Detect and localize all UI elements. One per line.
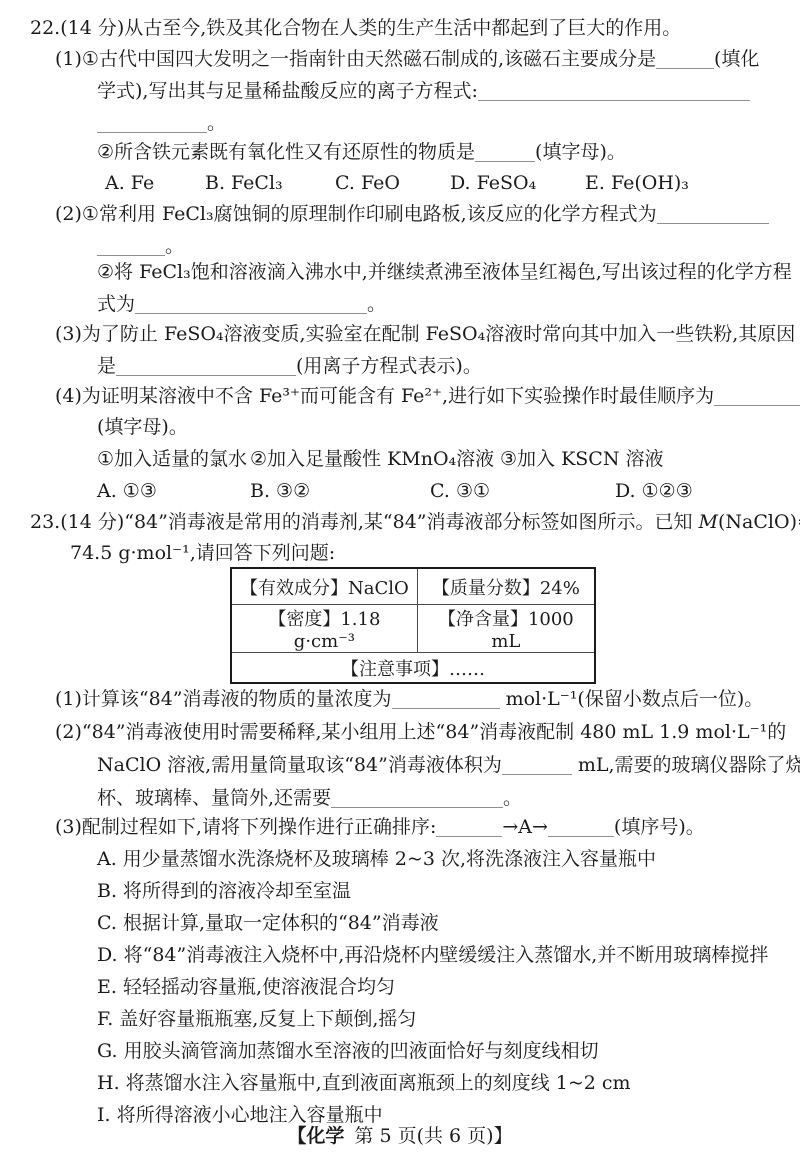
q23-stem-cont-text: 74.5 g·mol⁻¹,请回答下列问题: (70, 542, 335, 564)
step-text: G. 用胶头滴管滴加蒸馏水至溶液的凹液面恰好与刻度线相切 (97, 1040, 599, 1062)
cell-notes: 【注意事项】…… (231, 653, 595, 684)
step-1: ①加入适量的氯水 (97, 447, 247, 471)
molar-mass-symbol: M (699, 511, 718, 533)
period: 。 (503, 787, 522, 809)
answer-blank (656, 49, 714, 69)
option-d: D. FeSO₄ (450, 171, 536, 195)
q22-part2-item1: (2)①常利用 FeCl₃腐蚀铜的原理制作印刷电路板,该反应的化学方程式为 (55, 202, 769, 226)
q22-part3-cont: 是(用离子方程式表示)。 (97, 354, 482, 378)
answer-blank (97, 113, 207, 133)
step-2: ②加入足量酸性 KMnO₄溶液 (250, 447, 494, 471)
answer-blank (475, 142, 535, 162)
q22-part2-item2: ②将 FeCl₃饱和溶液滴入沸水中,并继续煮沸至液体呈红褐色,写出该过程的化学方… (97, 260, 792, 284)
answer-blank (135, 294, 367, 314)
step-text: H. 将蒸馏水注入容量瓶中,直到液面离瓶颈上的刻度线 1~2 cm (97, 1072, 631, 1094)
step-text: A. 用少量蒸馏水洗涤烧杯及玻璃棒 2~3 次,将洗涤液注入容量瓶中 (97, 848, 656, 870)
q23-step-e: E. 轻轻摇动容量瓶,使溶液混合均匀 (97, 975, 395, 999)
answer-blank (657, 204, 769, 224)
q22-stem: 22.(14 分)从古至今,铁及其化合物在人类的生产生活中都起到了巨大的作用。 (30, 16, 681, 40)
answer-blank (392, 689, 500, 709)
step-text: F. 盖好容量瓶瓶塞,反复上下颠倒,摇匀 (97, 1008, 416, 1030)
period: 。 (207, 112, 226, 134)
exam-paper-page: 22.(14 分)从古至今,铁及其化合物在人类的生产生活中都起到了巨大的作用。 … (0, 0, 800, 1155)
q23-part2-cont2-text: 杯、玻璃棒、量筒外,还需要 (97, 787, 331, 809)
cell-mass-fraction: 【质量分数】24% (417, 568, 595, 605)
step-text: C. 根据计算,量取一定体积的“84”消毒液 (97, 912, 439, 934)
q22-part1-item1-tail: (填化 (714, 48, 759, 70)
q22-part3-text: (3)为了防止 FeSO₄溶液变质,实验室在配制 FeSO₄溶液时常向其中加入一… (55, 323, 795, 345)
footer-subject: 【化学 (287, 1125, 344, 1147)
q23-stem-text: 23.(14 分)“84”消毒液是常用的消毒剂,某“84”消毒液部分标签如图所示… (30, 511, 699, 533)
option-e: E. Fe(OH)₃ (585, 171, 689, 195)
option-c: C. FeO (335, 171, 400, 195)
q23-step-c: C. 根据计算,量取一定体积的“84”消毒液 (97, 911, 439, 935)
cell-active-ingredient: 【有效成分】NaClO (231, 568, 417, 605)
option-b: B. ③② (250, 479, 310, 503)
answer-blank (436, 817, 502, 837)
q22-part2-item1-blankline: 。 (97, 234, 184, 258)
q23-part3: (3)配制过程如下,请将下列操作进行正确排序:→A→(填序号)。 (55, 815, 705, 839)
q23-part2-cont2: 杯、玻璃棒、量筒外,还需要。 (97, 786, 522, 810)
q22-part4-cont-text: (填字母)。 (97, 416, 188, 438)
q22-part4-text: (4)为证明某溶液中不含 Fe³⁺而可能含有 Fe²⁺,进行如下实验操作时最佳顺… (55, 385, 714, 407)
cell-density: 【密度】1.18 g·cm⁻³ (231, 605, 417, 653)
q23-stem: 23.(14 分)“84”消毒液是常用的消毒剂,某“84”消毒液部分标签如图所示… (30, 510, 800, 534)
period: 。 (165, 235, 184, 257)
q22-part2-item2-cont-text: 式为 (97, 293, 135, 315)
q22-part1-item2-text: ②所含铁元素既有氧化性又有还原性的物质是 (97, 141, 475, 163)
option-b: B. FeCl₃ (205, 171, 283, 195)
cell-net-content: 【净含量】1000 mL (417, 605, 595, 653)
q22-part1-item2-tail: (填字母)。 (535, 141, 626, 163)
q23-stem-cont: 74.5 g·mol⁻¹,请回答下列问题: (70, 541, 335, 565)
page-footer: 【化学第 5 页(共 6 页)】 (0, 1124, 800, 1148)
q23-stem-tail: (NaClO)= (718, 511, 800, 533)
q22-part3-cont-text: 是 (97, 355, 116, 377)
q23-step-h: H. 将蒸馏水注入容量瓶中,直到液面离瓶颈上的刻度线 1~2 cm (97, 1071, 631, 1095)
q23-part3-text: (3)配制过程如下,请将下列操作进行正确排序: (55, 816, 436, 838)
option-d: D. ①②③ (615, 479, 693, 503)
answer-blank (548, 817, 614, 837)
q23-part2: (2)“84”消毒液使用时需要稀释,某小组用上述“84”消毒液配制 480 mL… (55, 720, 786, 744)
sequence-arrow: →A→ (502, 816, 548, 838)
q22-part2-item1-text: (2)①常利用 FeCl₃腐蚀铜的原理制作印刷电路板,该反应的化学方程式为 (55, 203, 657, 225)
q22-part3-cont-tail: (用离子方程式表示)。 (296, 355, 482, 377)
q22-part1-item1-text: (1)①古代中国四大发明之一指南针由天然磁石制成的,该磁石主要成分是 (55, 48, 656, 70)
q22-stem-text: 22.(14 分)从古至今,铁及其化合物在人类的生产生活中都起到了巨大的作用。 (30, 17, 681, 39)
step-text: D. 将“84”消毒液注入烧杯中,再沿烧杯内壁缓缓注入蒸馏水,并不断用玻璃棒搅拌 (97, 944, 768, 966)
answer-blank (502, 755, 572, 775)
q22-part1-item2: ②所含铁元素既有氧化性又有还原性的物质是(填字母)。 (97, 140, 626, 164)
step-text: B. 将所得到的溶液冷却至室温 (97, 880, 351, 902)
q22-part2-item2-cont: 式为。 (97, 292, 386, 316)
answer-blank (714, 386, 800, 406)
period: 。 (367, 293, 386, 315)
answer-blank (331, 788, 503, 808)
answer-blank (97, 236, 165, 256)
q23-part1-text: (1)计算该“84”消毒液的物质的量浓度为 (55, 688, 392, 710)
q22-part4: (4)为证明某溶液中不含 Fe³⁺而可能含有 Fe²⁺,进行如下实验操作时最佳顺… (55, 384, 800, 408)
footer-page-number: 第 5 页(共 6 页)】 (354, 1125, 512, 1147)
q23-part2-cont1-tail: mL,需要的玻璃仪器除了烧 (572, 754, 800, 776)
option-a: A. Fe (105, 171, 154, 195)
q22-part1-item1-blankline: 。 (97, 111, 226, 135)
table-row: 【注意事项】…… (231, 653, 595, 684)
step-text: I. 将所得溶液小心地注入容量瓶中 (97, 1104, 383, 1126)
q23-step-f: F. 盖好容量瓶瓶塞,反复上下颠倒,摇匀 (97, 1007, 416, 1031)
q23-step-b: B. 将所得到的溶液冷却至室温 (97, 879, 351, 903)
q22-part4-cont: (填字母)。 (97, 415, 188, 439)
table-row: 【密度】1.18 g·cm⁻³ 【净含量】1000 mL (231, 605, 595, 653)
q22-part1-item1-cont: 学式),写出其与足量稀盐酸反应的离子方程式: (97, 79, 750, 103)
option-a: A. ①③ (97, 479, 157, 503)
q22-part1-item1: (1)①古代中国四大发明之一指南针由天然磁石制成的,该磁石主要成分是(填化 (55, 47, 759, 71)
q23-part2-text: (2)“84”消毒液使用时需要稀释,某小组用上述“84”消毒液配制 480 mL… (55, 721, 786, 743)
answer-blank (116, 356, 296, 376)
disinfectant-label-table: 【有效成分】NaClO 【质量分数】24% 【密度】1.18 g·cm⁻³ 【净… (230, 567, 596, 684)
q22-part3: (3)为了防止 FeSO₄溶液变质,实验室在配制 FeSO₄溶液时常向其中加入一… (55, 322, 795, 346)
q23-part1: (1)计算该“84”消毒液的物质的量浓度为 mol·L⁻¹(保留小数点后一位)。 (55, 687, 763, 711)
step-3: ③加入 KSCN 溶液 (500, 447, 664, 471)
q23-step-a: A. 用少量蒸馏水洗涤烧杯及玻璃棒 2~3 次,将洗涤液注入容量瓶中 (97, 847, 656, 871)
q23-part2-cont1-text: NaClO 溶液,需用量筒量取该“84”消毒液体积为 (97, 754, 502, 776)
answer-blank (478, 81, 750, 101)
option-c: C. ③① (430, 479, 490, 503)
q23-part3-tail: (填序号)。 (614, 816, 705, 838)
q23-step-g: G. 用胶头滴管滴加蒸馏水至溶液的凹液面恰好与刻度线相切 (97, 1039, 599, 1063)
q23-step-d: D. 将“84”消毒液注入烧杯中,再沿烧杯内壁缓缓注入蒸馏水,并不断用玻璃棒搅拌 (97, 943, 768, 967)
table-row: 【有效成分】NaClO 【质量分数】24% (231, 568, 595, 605)
q22-part1-item1-cont-text: 学式),写出其与足量稀盐酸反应的离子方程式: (97, 80, 478, 102)
step-text: E. 轻轻摇动容量瓶,使溶液混合均匀 (97, 976, 395, 998)
q22-part2-item2-text: ②将 FeCl₃饱和溶液滴入沸水中,并继续煮沸至液体呈红褐色,写出该过程的化学方… (97, 261, 792, 283)
q23-part1-tail: mol·L⁻¹(保留小数点后一位)。 (500, 688, 764, 710)
q23-part2-cont1: NaClO 溶液,需用量筒量取该“84”消毒液体积为 mL,需要的玻璃仪器除了烧 (97, 753, 800, 777)
